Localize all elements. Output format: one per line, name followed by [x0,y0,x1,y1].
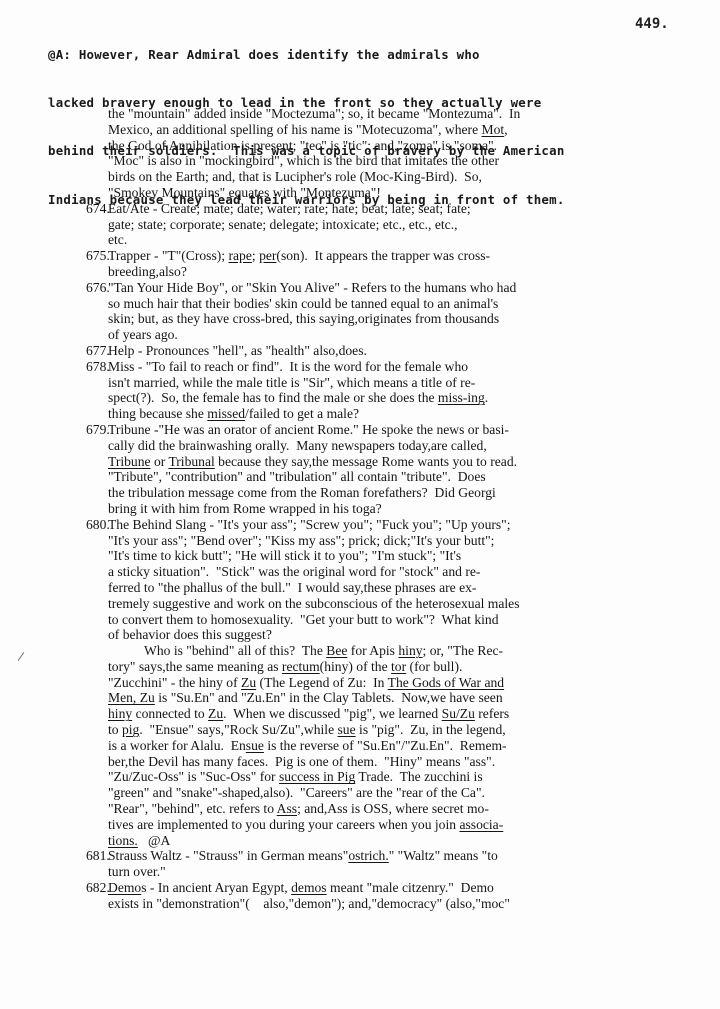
entry-number: 676. [86,280,108,296]
entry-line: cally did the brainwashing orally. Many … [108,438,708,454]
continuation-line: "Smokey Mountains" equates with "Montezu… [108,185,708,201]
entry-number: 677. [86,343,108,359]
entry-line: 680.The Behind Slang - "It's your ass"; … [108,517,708,533]
entry-line: of behavior does this suggest? [108,627,708,643]
paragraph-line: is a worker for Alalu. Ensue is the reve… [108,738,708,754]
margin-pencil-mark [18,652,25,661]
paragraph-line: tions. @A [108,833,708,849]
entry-line: spect(?). So, the female has to find the… [108,390,708,406]
paragraph-line: Who is "behind" all of this? The Bee for… [108,643,708,659]
entry-text: Strauss Waltz - "Strauss" in German mean… [108,848,498,863]
entry-line: bring it with him from Rome wrapped in h… [108,501,708,517]
entry-line: the tribulation message come from the Ro… [108,485,708,501]
paragraph-line: hiny connected to Zu. When we discussed … [108,706,708,722]
entry-line: 681.Strauss Waltz - "Strauss" in German … [108,848,708,864]
entry-number: 675. [86,248,108,264]
entry-text: Tribune -"He was an orator of ancient Ro… [108,422,509,437]
entry-line: 676."Tan Your Hide Boy", or "Skin You Al… [108,280,708,296]
paragraph-line: "Zu/Zuc-Oss" is "Suc-Oss" for success in… [108,769,708,785]
entry-line: a sticky situation". "Stick" was the ori… [108,564,708,580]
entry-number: 679. [86,422,108,438]
entry-line: etc. [108,232,708,248]
entry-text: Miss - "To fail to reach or find". It is… [108,359,468,374]
header-line: @A: However, Rear Admiral does identify … [48,47,688,63]
entry-line: exists in "demonstration"( also,"demon")… [108,896,708,912]
entry-number: 674. [86,201,108,217]
entry-number: 680. [86,517,108,533]
entry-line: "It's time to kick butt"; "He will stick… [108,548,708,564]
document-body: the "mountain" added inside "Moctezuma";… [108,106,708,912]
entry-line: skin; but, as they have cross-bred, this… [108,311,708,327]
paragraph-line: "green" and "snake"-shaped,also). "Caree… [108,785,708,801]
entry-number: 682. [86,880,108,896]
paragraph-line: "Rear", "behind", etc. refers to Ass; an… [108,801,708,817]
entry-line: ferred to "the phallus of the bull." I w… [108,580,708,596]
document-page: 449. @A: However, Rear Admiral does iden… [0,0,720,1009]
entry-line: gate; state; corporate; senate; delegate… [108,217,708,233]
entry-line: breeding,also? [108,264,708,280]
entry-line: isn't married, while the male title is "… [108,375,708,391]
paragraph-line: tives are implemented to you during your… [108,817,708,833]
entry-line: 682.Demos - In ancient Aryan Egypt, demo… [108,880,708,896]
entry-line: tremely suggestive and work on the subco… [108,596,708,612]
continuation-line: "Moc" is also in "mockingbird", which is… [108,153,708,169]
entry-line: 678.Miss - "To fail to reach or find". I… [108,359,708,375]
paragraph-line: "Zucchini" - the hiny of Zu (The Legend … [108,675,708,691]
entry-text: Help - Pronounces "hell", as "health" al… [108,343,367,358]
continuation-line: birds on the Earth; and, that is Luciphe… [108,169,708,185]
entry-line: 679.Tribune -"He was an orator of ancien… [108,422,708,438]
entry-number: 678. [86,359,108,375]
paragraph-line: tory" says,the same meaning as rectum(hi… [108,659,708,675]
continuation-line: the "mountain" added inside "Moctezuma";… [108,106,708,122]
entry-line: of years ago. [108,327,708,343]
entry-text: Demos - In ancient Aryan Egypt, demos me… [108,880,494,895]
entry-line: "Tribute", "contribution" and "tribulati… [108,469,708,485]
entry-number: 681. [86,848,108,864]
entry-text: The Behind Slang - "It's your ass"; "Scr… [108,517,511,532]
entry-line: "It's your ass"; "Bend over"; "Kiss my a… [108,533,708,549]
entry-line: 675.Trapper - "T"(Cross); rape; per(son)… [108,248,708,264]
entry-line: so much hair that their bodies' skin cou… [108,296,708,312]
entry-line: Tribune or Tribunal because they say,the… [108,454,708,470]
continuation-line: the God of Annihilation is present; "tec… [108,138,708,154]
entry-text: "Tan Your Hide Boy", or "Skin You Alive"… [108,280,516,295]
entry-text: Trapper - "T"(Cross); rape; per(son). It… [108,248,490,263]
entry-line: to convert them to homosexuality. "Get y… [108,612,708,628]
paragraph-line: to pig. "Ensue" says,"Rock Su/Zu",while … [108,722,708,738]
entry-line: 677.Help - Pronounces "hell", as "health… [108,343,708,359]
entry-text: Eat/Ate - Create; mate; date; water; rat… [108,201,471,216]
continuation-line: Mexico, an additional spelling of his na… [108,122,708,138]
entry-line: turn over." [108,864,708,880]
paragraph-line: ber,the Devil has many faces. Pig is one… [108,754,708,770]
paragraph-line: Men, Zu is "Su.En" and "Zu.En" in the Cl… [108,690,708,706]
entry-line: 674.Eat/Ate - Create; mate; date; water;… [108,201,708,217]
entry-line: thing because she missed/failed to get a… [108,406,708,422]
